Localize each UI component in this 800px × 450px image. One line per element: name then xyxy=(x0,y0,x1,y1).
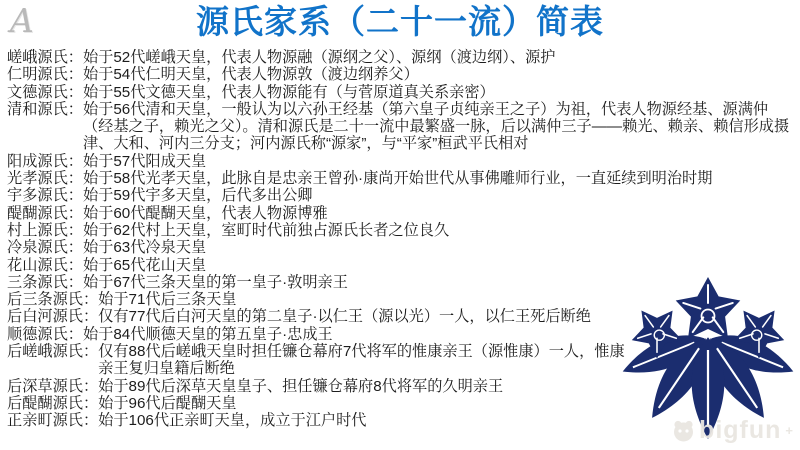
entry-text: 仅有88代后嵯峨天皇时担任镰仓幕府7代将军的惟康亲王（源惟康）一人，惟康亲王复归… xyxy=(98,343,628,378)
entry-label: 后三条源氏： xyxy=(7,291,98,308)
entry-row: 文德源氏：始于55代文德天皇，代表人物源能有（与菅原道真关系亲密） xyxy=(7,84,798,101)
entry-label: 冷泉源氏： xyxy=(7,239,83,256)
page-title: 源氏家系（二十一流）简表 xyxy=(0,0,800,46)
entry-label: 嵯峨源氏： xyxy=(7,49,83,66)
entry-label: 正亲町源氏： xyxy=(7,412,98,429)
bigfun-watermark: bigfun+ xyxy=(671,416,794,445)
entry-text: 始于65代花山天皇 xyxy=(83,257,798,274)
entry-label: 后深草源氏： xyxy=(7,378,98,395)
entry-label: 花山源氏： xyxy=(7,257,83,274)
entry-text: 始于59代宇多天皇，后代多出公卿 xyxy=(83,187,798,204)
entry-text: 始于56代清和天皇，一般认为以六孙王经基（第六皇子贞纯亲王之子）为祖，代表人物源… xyxy=(83,101,798,153)
entry-text: 始于62代村上天皇，室町时代前独占源氏长者之位良久 xyxy=(83,222,798,239)
entry-label: 顺德源氏： xyxy=(7,326,83,343)
entry-text: 始于54代仁明天皇，代表人物源敦（渡边纲养父） xyxy=(83,66,798,83)
entry-label: 光孝源氏： xyxy=(7,170,83,187)
entry-text: 始于60代醍醐天皇，代表人物源博雅 xyxy=(83,205,798,222)
entry-text: 始于57代阳成天皇 xyxy=(83,153,798,170)
entry-label: 文德源氏： xyxy=(7,84,83,101)
bigfun-watermark-text: bigfun xyxy=(699,416,781,445)
entry-row: 花山源氏：始于65代花山天皇 xyxy=(7,257,798,274)
entry-row: 光孝源氏：始于58代光孝天皇，此脉自是忠亲王曾孙·康尚开始世代从事佛雕师行业，一… xyxy=(7,170,798,187)
entry-row: 仁明源氏：始于54代仁明天皇，代表人物源敦（渡边纲养父） xyxy=(7,66,798,83)
bigfun-bear-logo-icon xyxy=(671,418,696,443)
entry-row: 阳成源氏：始于57代阳成天皇 xyxy=(7,153,798,170)
entry-label: 仁明源氏： xyxy=(7,66,83,83)
entry-label: 清和源氏： xyxy=(7,101,83,118)
entry-label: 后醍醐源氏： xyxy=(7,395,98,412)
entry-text: 始于63代冷泉天皇 xyxy=(83,239,798,256)
entry-text: 始于52代嵯峨天皇，代表人物源融（源纲之父）、源纲（渡边纲）、源护 xyxy=(83,49,798,66)
entry-label: 村上源氏： xyxy=(7,222,83,239)
entry-row: 冷泉源氏：始于63代冷泉天皇 xyxy=(7,239,798,256)
entry-label: 宇多源氏： xyxy=(7,187,83,204)
slide-canvas: A 源氏家系（二十一流）简表 嵯峨源氏：始于52代嵯峨天皇，代表人物源融（源纲之… xyxy=(0,0,800,450)
entry-row: 宇多源氏：始于59代宇多天皇，后代多出公卿 xyxy=(7,187,798,204)
entry-row: 清和源氏：始于56代清和天皇，一般认为以六孙王经基（第六皇子贞纯亲王之子）为祖，… xyxy=(7,101,798,153)
entry-row: 村上源氏：始于62代村上天皇，室町时代前独占源氏长者之位良久 xyxy=(7,222,798,239)
bigfun-watermark-plus: + xyxy=(785,423,794,438)
entry-label: 阳成源氏： xyxy=(7,153,83,170)
entry-row: 醍醐源氏：始于60代醍醐天皇，代表人物源博雅 xyxy=(7,205,798,222)
entry-label: 后嵯峨源氏： xyxy=(7,343,98,360)
entry-label: 三条源氏： xyxy=(7,274,83,291)
entry-row: 嵯峨源氏：始于52代嵯峨天皇，代表人物源融（源纲之父）、源纲（渡边纲）、源护 xyxy=(7,49,798,66)
entry-text: 始于55代文德天皇，代表人物源能有（与菅原道真关系亲密） xyxy=(83,84,798,101)
entry-label: 醍醐源氏： xyxy=(7,205,83,222)
entry-label: 后白河源氏： xyxy=(7,308,98,325)
entry-text: 始于58代光孝天皇，此脉自是忠亲王曾孙·康尚开始世代从事佛雕师行业，一直延续到明… xyxy=(83,170,798,187)
